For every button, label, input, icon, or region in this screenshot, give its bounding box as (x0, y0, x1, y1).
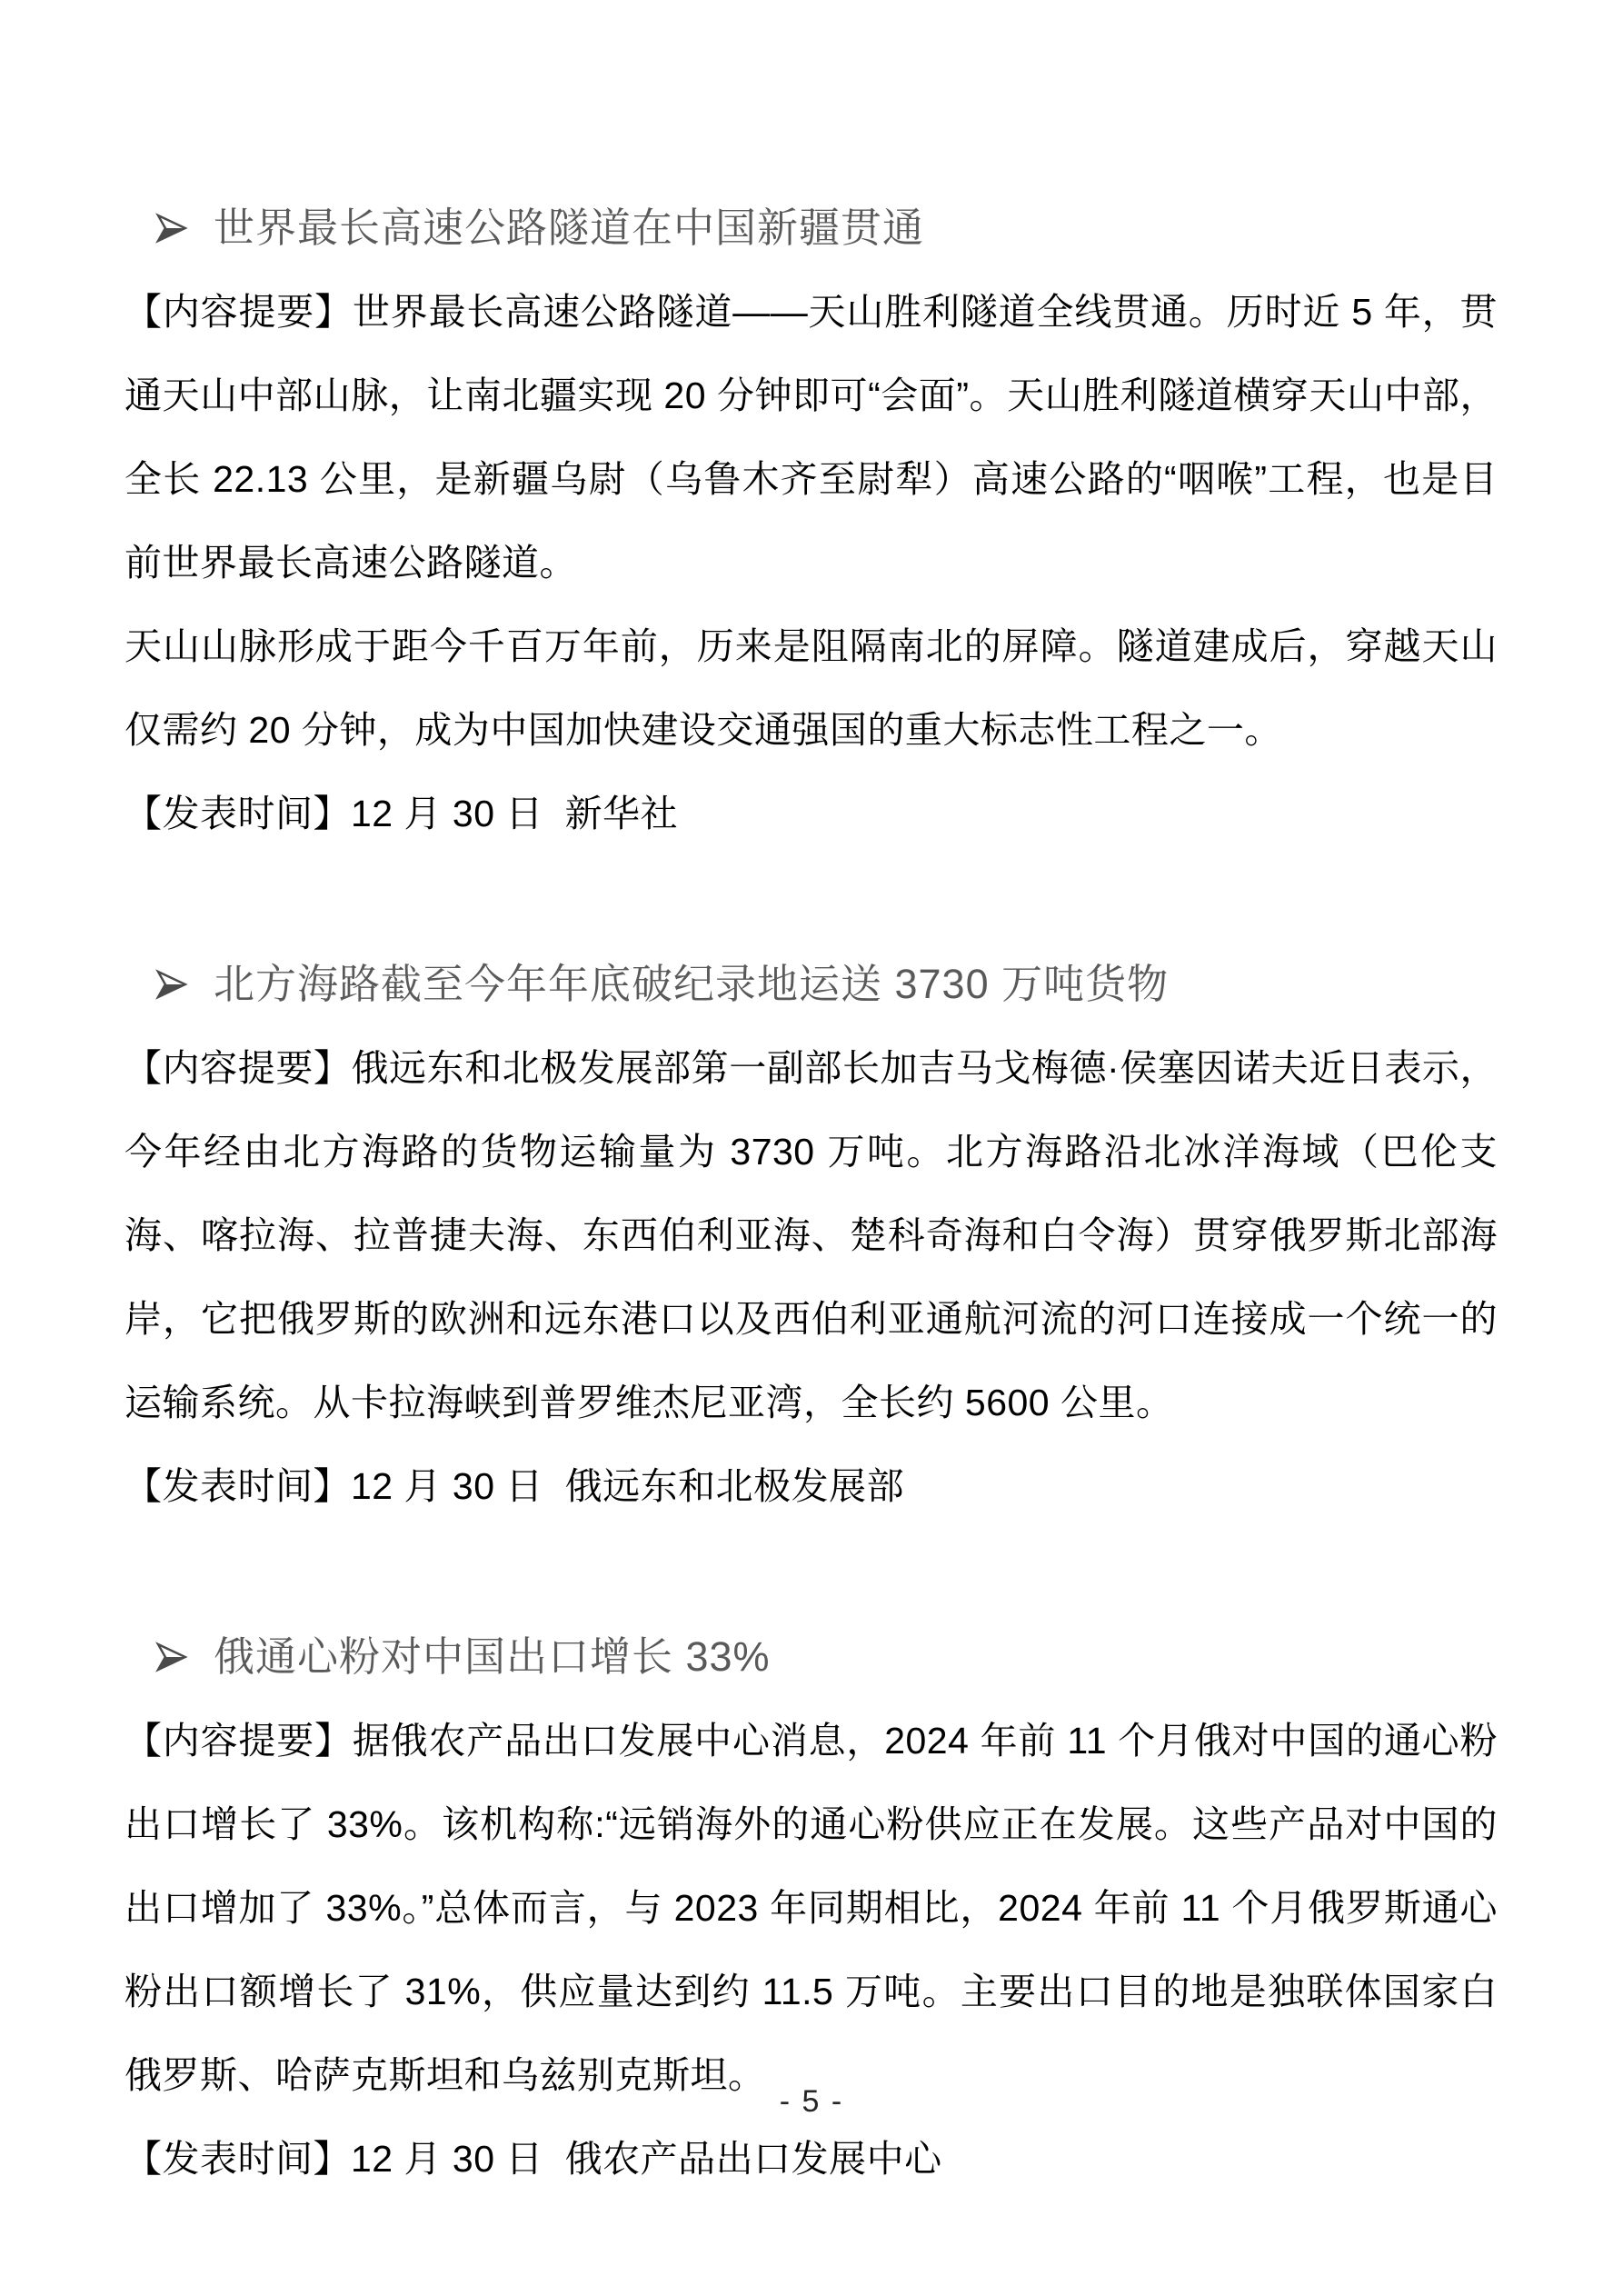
summary-paragraph: 【内容提要】世界最长高速公路隧道——天山胜利隧道全线贯通。历时近 5 年，贯通天… (124, 270, 1498, 604)
section-heading: 世界最长高速公路隧道在中国新疆贯通 (152, 186, 1498, 270)
summary-paragraph: 天山山脉形成于距今千百万年前，历来是阻隔南北的屏障。隧道建成后，穿越天山仅需约 … (124, 604, 1498, 772)
section-title: 北方海路截至今年年底破纪录地运送 3730 万吨货物 (214, 943, 1169, 1026)
section-title: 世界最长高速公路隧道在中国新疆贯通 (214, 186, 924, 270)
news-section-northern-sea-route: 北方海路截至今年年底破纪录地运送 3730 万吨货物 【内容提要】俄远东和北极发… (124, 943, 1498, 1528)
publish-time-line: 【发表时间】12 月 30 日 新华社 (124, 772, 1498, 855)
page-number: - 5 - (0, 2084, 1623, 2120)
arrow-bullet-icon (152, 965, 190, 1003)
document-page: 世界最长高速公路隧道在中国新疆贯通 【内容提要】世界最长高速公路隧道——天山胜利… (0, 0, 1623, 2296)
summary-paragraph: 【内容提要】俄远东和北极发展部第一副部长加吉马戈梅德·侯塞因诺夫近日表示，今年经… (124, 1026, 1498, 1444)
publish-time-line: 【发表时间】12 月 30 日 俄远东和北极发展部 (124, 1444, 1498, 1528)
news-section-tunnel: 世界最长高速公路隧道在中国新疆贯通 【内容提要】世界最长高速公路隧道——天山胜利… (124, 186, 1498, 855)
publish-time-line: 【发表时间】12 月 30 日 俄农产品出口发展中心 (124, 2117, 1498, 2201)
summary-paragraph: 【内容提要】据俄农产品出口发展中心消息，2024 年前 11 个月俄对中国的通心… (124, 1699, 1498, 2117)
section-heading: 俄通心粉对中国出口增长 33% (152, 1615, 1498, 1699)
section-heading: 北方海路截至今年年底破纪录地运送 3730 万吨货物 (152, 943, 1498, 1026)
arrow-bullet-icon (152, 209, 190, 247)
arrow-bullet-icon (152, 1638, 190, 1676)
section-title: 俄通心粉对中国出口增长 33% (214, 1615, 771, 1699)
